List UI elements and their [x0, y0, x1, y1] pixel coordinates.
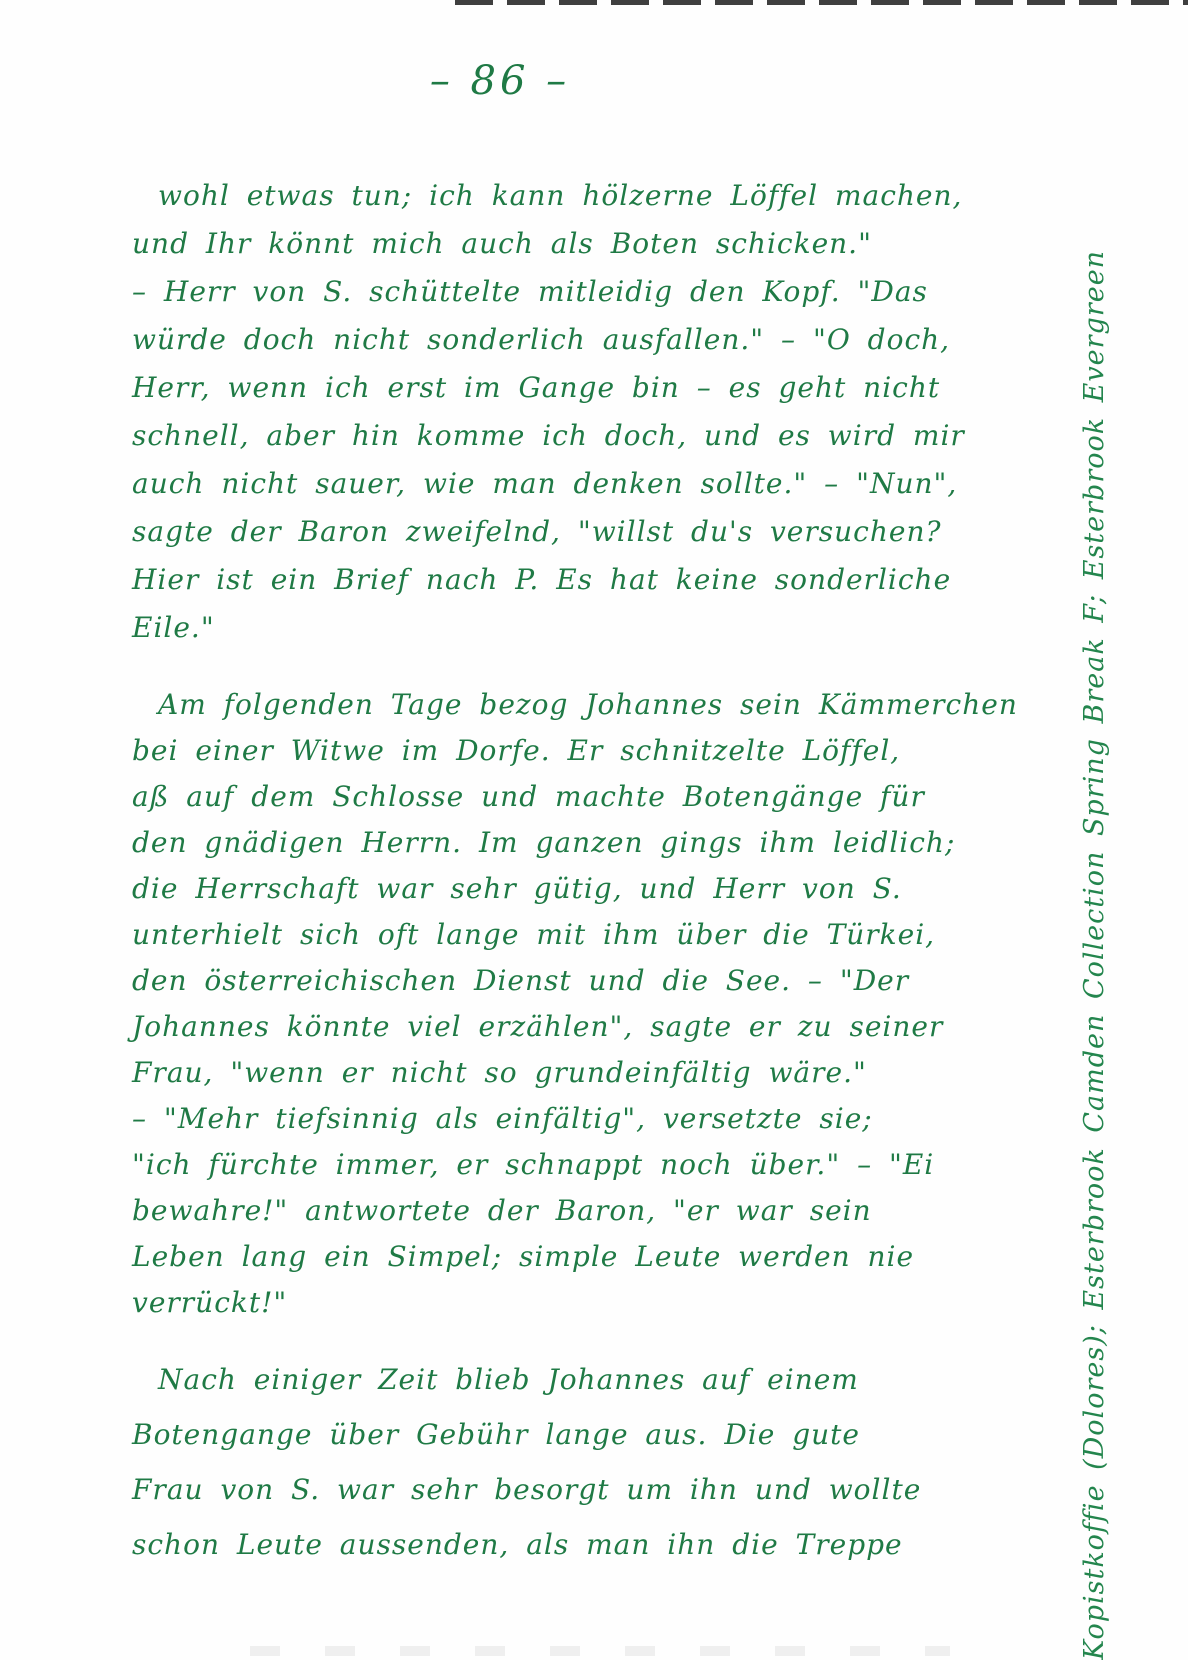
text-line: sagte der Baron zweifelnd, "willst du's … — [132, 508, 1037, 556]
text-line: schnell, aber hin komme ich doch, und es… — [132, 412, 1037, 460]
text-line: auch nicht sauer, wie man denken sollte.… — [132, 460, 1037, 508]
text-line: Nach einiger Zeit blieb Johannes auf ein… — [132, 1352, 1037, 1407]
text-line: den gnädigen Herrn. Im ganzen gings ihm … — [132, 820, 1037, 866]
text-line: bewahre!" antwortete der Baron, "er war … — [132, 1188, 1037, 1234]
text-line: den österreichischen Dienst und die See.… — [132, 958, 1037, 1004]
text-line: verrückt!" — [132, 1280, 1037, 1326]
text-line: wohl etwas tun; ich kann hölzerne Löffel… — [132, 172, 1037, 220]
text-line: Frau von S. war sehr besorgt um ihn und … — [132, 1462, 1037, 1517]
text-line: "ich fürchte immer, er schnappt noch übe… — [132, 1142, 1037, 1188]
scan-artifact-bottom-edge — [250, 1646, 950, 1656]
text-line: und Ihr könnt mich auch als Boten schick… — [132, 220, 1037, 268]
text-line: Frau, "wenn er nicht so grundeinfältig w… — [132, 1050, 1037, 1096]
text-line: Hier ist ein Brief nach P. Es hat keine … — [132, 556, 1037, 604]
text-line: bei einer Witwe im Dorfe. Er schnitzelte… — [132, 728, 1037, 774]
text-line: Herr, wenn ich erst im Gange bin – es ge… — [132, 364, 1037, 412]
margin-annotation-pen-and-ink: Kopistkoffie (Dolores); Esterbrook Camde… — [1065, 100, 1125, 1660]
text-line: Leben lang ein Simpel; simple Leute werd… — [132, 1234, 1037, 1280]
paragraph-3: Nach einiger Zeit blieb Johannes auf ein… — [132, 1352, 1037, 1572]
text-line: schon Leute aussenden, als man ihn die T… — [132, 1517, 1037, 1572]
text-line: würde doch nicht sonderlich ausfallen." … — [132, 316, 1037, 364]
page-number: – 86 – — [400, 58, 600, 104]
text-line: – Herr von S. schüttelte mitleidig den K… — [132, 268, 1037, 316]
paragraph-1: wohl etwas tun; ich kann hölzerne Löffel… — [132, 172, 1037, 652]
text-line: Johannes könnte viel erzählen", sagte er… — [132, 1004, 1037, 1050]
paragraph-2: Am folgenden Tage bezog Johannes sein Kä… — [132, 682, 1037, 1326]
text-line: Eile." — [132, 604, 1037, 652]
text-line: die Herrschaft war sehr gütig, und Herr … — [132, 866, 1037, 912]
text-line: Am folgenden Tage bezog Johannes sein Kä… — [132, 682, 1037, 728]
scan-artifact-top-edge — [455, 0, 1188, 5]
text-line: unterhielt sich oft lange mit ihm über d… — [132, 912, 1037, 958]
text-line: aß auf dem Schlosse und machte Botengäng… — [132, 774, 1037, 820]
scanned-manuscript-page: – 86 – wohl etwas tun; ich kann hölzerne… — [0, 0, 1188, 1660]
text-line: – "Mehr tiefsinnig als einfältig", verse… — [132, 1096, 1037, 1142]
text-line: Botengange über Gebühr lange aus. Die gu… — [132, 1407, 1037, 1462]
